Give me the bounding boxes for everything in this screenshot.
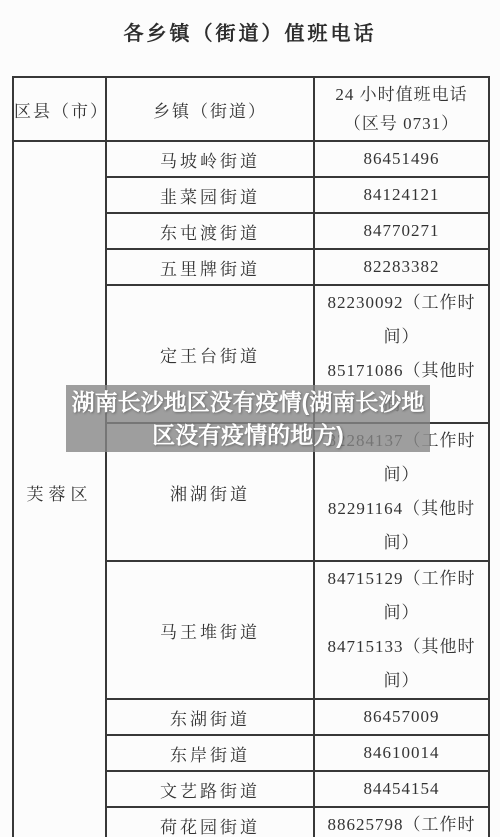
street-name-cell: 韭菜园街道 [106,177,314,213]
street-name-cell: 东湖街道 [106,699,314,735]
phone-cell: 82283382 [314,249,489,285]
phone-line: 82283382 [315,250,488,284]
phone-line: 间） [315,664,488,698]
phone-line: 84715133（其他时 [315,630,488,664]
table-header-row: 区县（市） 乡镇（街道） 24 小时值班电话 （区号 0731） [13,77,489,141]
document-page: 各乡镇（街道）值班电话 区县（市） 乡镇（街道） 24 小时值班电话 （区号 0… [0,0,500,837]
street-name-cell: 东岸街道 [106,735,314,771]
street-name-cell: 东屯渡街道 [106,213,314,249]
phone-line: 84770271 [315,214,488,248]
watermark-overlay: 湖南长沙地区没有疫情(湖南长沙地 区没有疫情的地方) [66,385,430,452]
phone-line: 84715129（工作时 [315,562,488,596]
phone-cell: 84124121 [314,177,489,213]
phone-line: 84124121 [315,178,488,212]
phone-cell: 84454154 [314,771,489,807]
duty-phone-table: 区县（市） 乡镇（街道） 24 小时值班电话 （区号 0731） 芙蓉区马坡岭街… [12,76,490,837]
phone-line: 82230092（工作时 [315,286,488,320]
phone-cell: 84770271 [314,213,489,249]
phone-cell: 88625798（工作时 [314,807,489,837]
phone-line: 82291164（其他时 [315,492,488,526]
header-district-column: 区县（市） [13,77,106,141]
phone-line: 间） [315,526,488,560]
header-phone-column: 24 小时值班电话 （区号 0731） [314,77,489,141]
phone-line: 84610014 [315,736,488,770]
phone-line: 间） [315,596,488,630]
phone-cell: 86457009 [314,699,489,735]
street-name-cell: 文艺路街道 [106,771,314,807]
phone-cell: 84715129（工作时间）84715133（其他时间） [314,561,489,699]
watermark-line2: 区没有疫情的地方) [152,419,344,452]
phone-cell: 86451496 [314,141,489,177]
phone-line: 间） [315,458,488,492]
watermark-line1: 湖南长沙地区没有疫情(湖南长沙地 [72,386,425,419]
phone-line: 85171086（其他时 [315,354,488,388]
phone-line: 86451496 [315,142,488,176]
phone-cell: 84610014 [314,735,489,771]
table-body: 芙蓉区马坡岭街道86451496韭菜园街道84124121东屯渡街道847702… [13,141,489,837]
street-name-cell: 马王堆街道 [106,561,314,699]
phone-line: 86457009 [315,700,488,734]
street-name-cell: 马坡岭街道 [106,141,314,177]
district-cell: 芙蓉区 [13,141,106,837]
header-phone-line2: （区号 0731） [315,109,488,138]
street-name-cell: 荷花园街道 [106,807,314,837]
phone-line: 间） [315,320,488,354]
header-street-column: 乡镇（街道） [106,77,314,141]
page-title: 各乡镇（街道）值班电话 [0,17,500,46]
phone-line: 84454154 [315,772,488,806]
header-phone-line1: 24 小时值班电话 [315,80,488,109]
table-row: 芙蓉区马坡岭街道86451496 [13,141,489,177]
street-name-cell: 五里牌街道 [106,249,314,285]
phone-line: 88625798（工作时 [315,808,488,837]
